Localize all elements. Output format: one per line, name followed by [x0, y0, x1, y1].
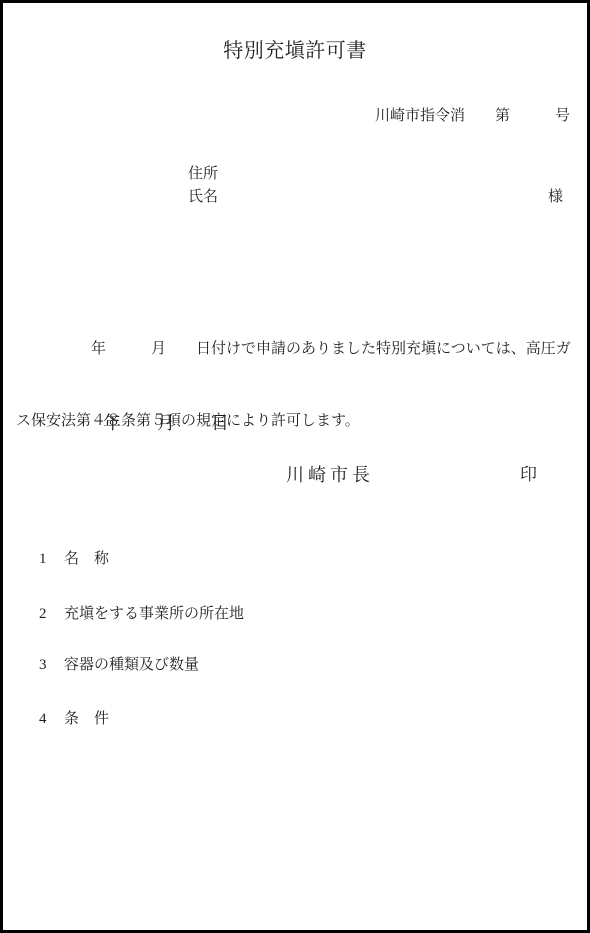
- item-number: 3: [39, 655, 64, 675]
- recipient-honorific: 様: [548, 187, 563, 207]
- name-label: 氏名: [188, 187, 218, 207]
- permit-item: 4条 件: [24, 689, 109, 749]
- seal-mark: 印: [520, 463, 537, 487]
- issue-date-line: 年 月 日: [103, 411, 229, 435]
- body-line-1: 年 月 日付けで申請のありました特別充塡については、高圧ガ: [16, 337, 578, 361]
- item-number: 4: [39, 709, 64, 729]
- item-number: 1: [39, 549, 64, 569]
- document-title: 特別充塡許可書: [3, 38, 587, 64]
- item-number: 2: [39, 604, 64, 624]
- permit-document-page: 特別充塡許可書 川崎市指令消 第 号 住所 氏名 様 年 月 日付けで申請のあり…: [0, 0, 590, 933]
- body-line-2: ス保安法第４８条第５項の規定により許可します。: [16, 409, 578, 433]
- item-label: 充塡をする事業所の所在地: [64, 606, 244, 622]
- body-paragraph: 年 月 日付けで申請のありました特別充塡については、高圧ガ ス保安法第４８条第５…: [16, 289, 578, 481]
- item-label: 容器の種類及び数量: [64, 657, 199, 673]
- permit-item: 1名 称: [24, 529, 109, 589]
- address-label: 住所: [188, 164, 218, 184]
- item-label: 名 称: [64, 551, 109, 567]
- item-label: 条 件: [64, 711, 109, 727]
- reference-number-line: 川崎市指令消 第 号: [375, 106, 570, 126]
- permit-item: 3容器の種類及び数量: [24, 635, 199, 695]
- issuer-title: 川崎市長: [286, 463, 374, 487]
